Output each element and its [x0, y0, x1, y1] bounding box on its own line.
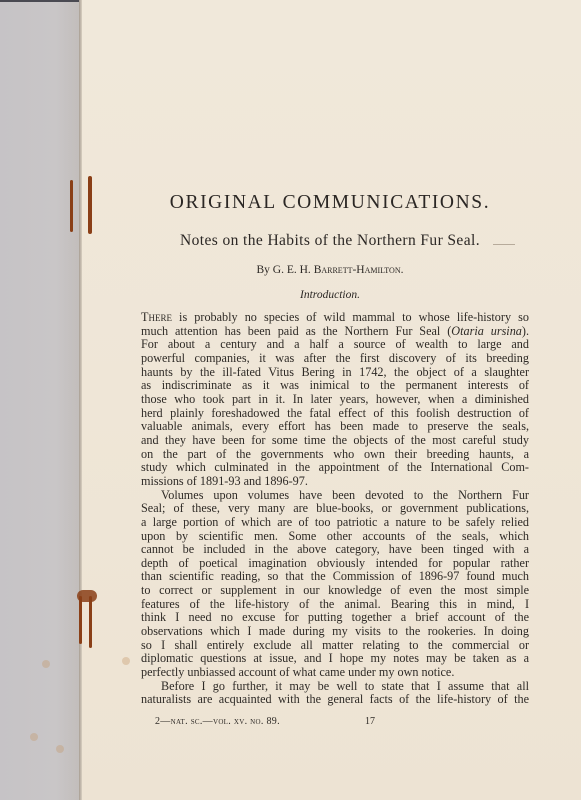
rust-staple-mark [89, 596, 92, 648]
text-line: perfectly unbiassed account of what came… [141, 666, 529, 680]
page-footer: 2—nat. sc.—vol. xv. no. 89. 17 [155, 716, 535, 730]
signature-mark: 2—nat. sc.—vol. xv. no. 89. [155, 716, 280, 727]
subheading-introduction: Introduction. [130, 289, 530, 301]
page-number: 17 [365, 716, 375, 727]
text-line: Volumes upon volumes have been devoted t… [141, 489, 529, 503]
text-line: is probably no species of wild mammal to… [172, 310, 529, 324]
text-line: than scientific reading, so that the Com… [141, 570, 529, 584]
byline-prefix: By G. E. H. [257, 264, 311, 276]
text-line: valuable animals, every effort has been … [141, 420, 529, 434]
gray-cover [0, 0, 80, 800]
text-line: Seal; of these, very many are blue-books… [141, 502, 529, 516]
text-line: For about a century and a half a source … [141, 338, 529, 352]
text-line: ). [522, 324, 529, 338]
cover-top-edge [0, 0, 80, 2]
foxing-spot [30, 733, 38, 741]
text-line: features of the life-history of the anim… [141, 598, 529, 612]
text-line: as indiscriminate as it was inimical to … [141, 379, 529, 393]
text-line: powerful companies, it was after the fir… [141, 352, 529, 366]
byline: By G. E. H. Barrett-Hamilton. [130, 264, 530, 276]
rust-staple-mark [88, 176, 92, 234]
text-line: think I need no excuse for putting toget… [141, 611, 529, 625]
text-line: depth of poetical imagination obviously … [141, 557, 529, 571]
text-line: and they have been for some time the obj… [141, 434, 529, 448]
lead-word: There [141, 310, 172, 324]
text-line: naturalists are acquainted with the gene… [141, 693, 529, 707]
text-line: to correct or supplement in our knowledg… [141, 584, 529, 598]
article-body: There is probably no species of wild mam… [141, 311, 529, 707]
text-line: herd plainly foreshadowed the fatal effe… [141, 407, 529, 421]
text-line: a large portion of which are of too patr… [141, 516, 529, 530]
rust-staple-mark [70, 180, 73, 232]
text-line: those who took part in it. In later year… [141, 393, 529, 407]
article-title: Notes on the Habits of the Northern Fur … [130, 232, 530, 250]
text-line: much attention has been paid as the Nort… [141, 324, 451, 338]
text-line: cannot be included in the above category… [141, 543, 529, 557]
text-line: study which culminated in the appointmen… [141, 461, 529, 475]
text-line: observations which I made during my visi… [141, 625, 529, 639]
text-line: haunts by the ill-fated Vitus Bering in … [141, 366, 529, 380]
text-line: on the part of the governments who own t… [141, 448, 529, 462]
foxing-spot [122, 657, 130, 665]
paragraph-3: Before I go further, it may be well to s… [141, 680, 529, 707]
rust-staple-mark [79, 596, 82, 644]
paragraph-1: There is probably no species of wild mam… [141, 311, 529, 489]
title-rule [493, 244, 515, 245]
text-line: missions of 1891-93 and 1896-97. [141, 475, 529, 489]
byline-author: Barrett-Hamilton. [314, 264, 404, 276]
section-heading: ORIGINAL COMMUNICATIONS. [130, 192, 530, 214]
foxing-spot [56, 745, 64, 753]
text-line: so I shall entirely exclude all matter r… [141, 639, 529, 653]
species-name: Otaria ursina [451, 324, 522, 338]
text-line: Before I go further, it may be well to s… [141, 680, 529, 694]
paragraph-2: Volumes upon volumes have been devoted t… [141, 489, 529, 680]
text-line: diplomatic questions at issue, and I hop… [141, 652, 529, 666]
foxing-spot [42, 660, 50, 668]
text-line: upon by scientific men. Some other accou… [141, 530, 529, 544]
